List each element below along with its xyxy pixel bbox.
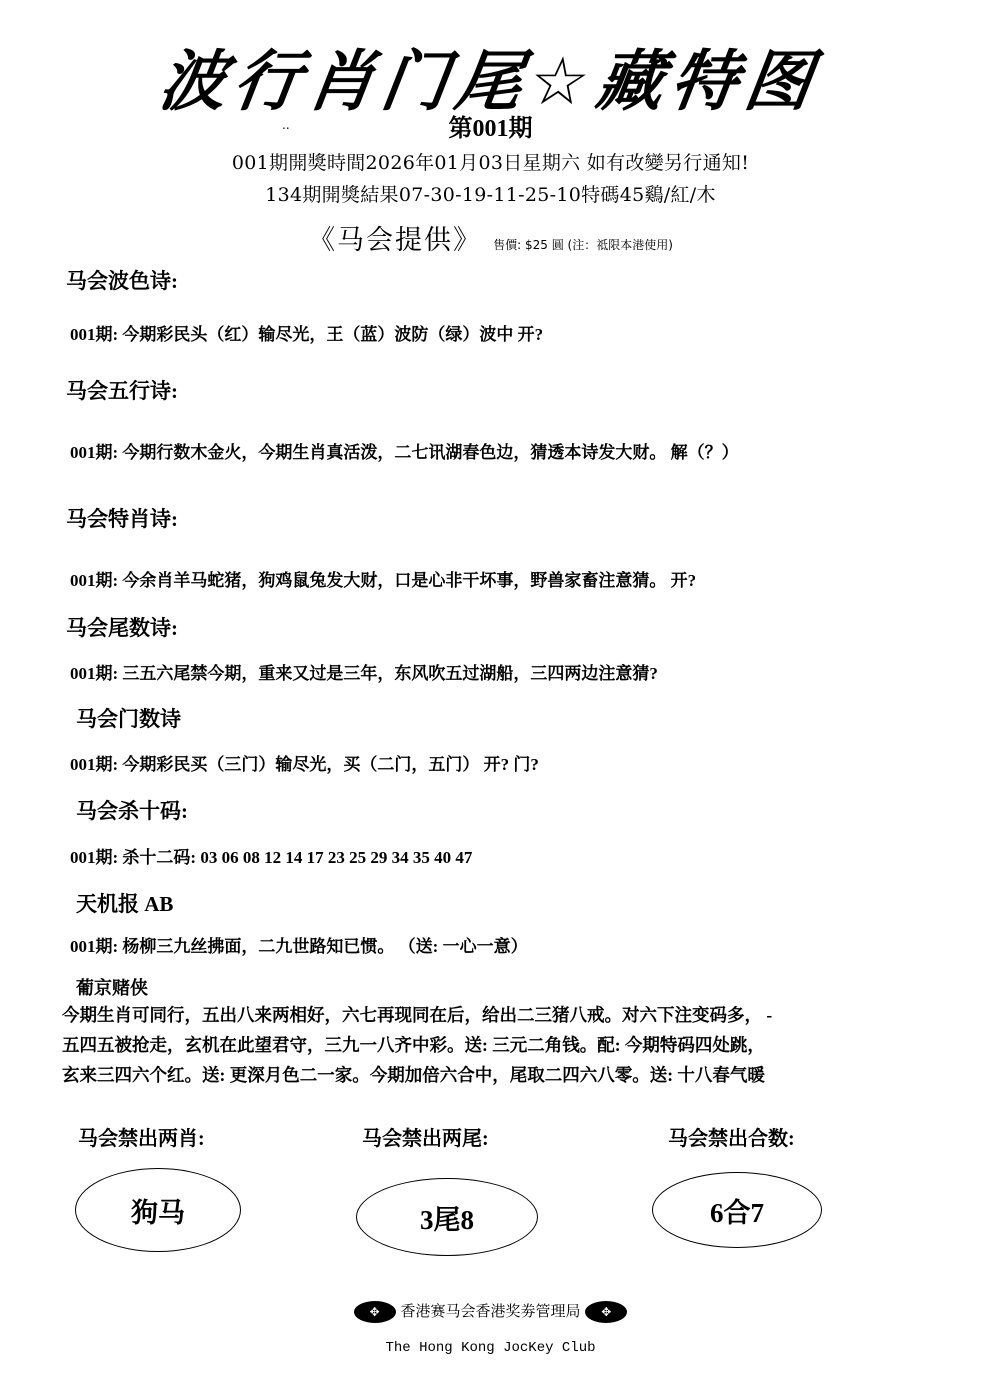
footer-chinese: ✥ 香港赛马会香港奖劵管理局 ✥ xyxy=(0,1300,981,1323)
gambler-heading: 葡京赌侠 xyxy=(76,974,148,1000)
footer-chinese-text: 香港赛马会香港奖劵管理局 xyxy=(400,1302,580,1320)
section-heading-wave-color: 马会波色诗: xyxy=(66,265,178,295)
ban-tail-label: 马会禁出两尾: xyxy=(362,1122,489,1151)
price-note: 售價: $25 圓 (注：祗限本港使用) xyxy=(493,238,673,252)
draw-time: 001期開獎時間2026年01月03日星期六 如有改變另行通知! xyxy=(0,148,981,175)
section-line-kill-ten: 001期: 杀十二码: 03 06 08 12 14 17 23 25 29 3… xyxy=(70,843,472,868)
section-heading-kill-ten: 马会杀十码: xyxy=(76,795,188,825)
jockey-club-emblem-icon: ✥ xyxy=(585,1301,627,1323)
section-line-wave-color: 001期: 今期彩民头（红）输尽光，王（蓝）波防（绿）波中 开? xyxy=(70,320,543,345)
section-heading-special-zodiac: 马会特肖诗: xyxy=(66,503,178,533)
ban-combo-oval: 6合7 xyxy=(652,1172,822,1248)
section-line-tianji: 001期: 杨柳三九丝拂面，二九世路知已惯。 （送: 一心一意） xyxy=(70,932,528,957)
section-heading-door-number: 马会门数诗 xyxy=(76,703,181,733)
gambler-line: 今期生肖可同行，五出八来两相好，六七再现同在后，给出二三猪八戒。对六下注变码多，… xyxy=(62,1000,922,1030)
last-result: 134期開獎結果07-30-19-11-25-10特碼45鷄/紅/木 xyxy=(0,180,981,207)
issue-number: 第001期 xyxy=(0,108,981,143)
gambler-paragraph: 今期生肖可同行，五出八来两相好，六七再现同在后，给出二三猪八戒。对六下注变码多，… xyxy=(62,1000,922,1090)
section-heading-five-elements: 马会五行诗: xyxy=(66,375,178,405)
gambler-line: 五四五被抢走，玄机在此望君守，三九一八齐中彩。送: 三元二角钱。配: 今期特码四… xyxy=(62,1030,922,1060)
ban-zodiac-label: 马会禁出两肖: xyxy=(78,1122,205,1151)
section-line-door-number: 001期: 今期彩民买（三门）输尽光，买（二门，五门） 开? 门? xyxy=(70,750,539,775)
ban-tail-oval: 3尾8 xyxy=(356,1178,538,1256)
provider-name: 《马会提供》 xyxy=(308,225,482,256)
provider-line: 《马会提供》 售價: $25 圓 (注：祗限本港使用) xyxy=(0,218,981,257)
section-line-five-elements: 001期: 今期行数木金火，今期生肖真活泼，二七讯湖春色边，猜透本诗发大财。 解… xyxy=(70,438,739,463)
footer-english: The Hong Kong JocKey Club xyxy=(0,1340,981,1356)
section-line-special-zodiac: 001期: 今余肖羊马蛇猪，狗鸡鼠兔发大财，口是心非干坏事，野兽家畜注意猜。 开… xyxy=(70,566,696,591)
section-heading-tianji: 天机报 AB xyxy=(76,888,173,918)
ban-zodiac-oval: 狗马 xyxy=(75,1168,241,1252)
section-line-tail-number: 001期: 三五六尾禁今期，重来又过是三年，东风吹五过湖船，三四两边注意猜? xyxy=(70,659,658,684)
ban-combo-label: 马会禁出合数: xyxy=(668,1122,795,1151)
gambler-line: 玄来三四六个红。送: 更深月色二一家。今期加倍六合中，尾取二四六八零。送: 十八… xyxy=(62,1060,922,1090)
section-heading-tail-number: 马会尾数诗: xyxy=(66,612,178,642)
jockey-club-emblem-icon: ✥ xyxy=(354,1301,396,1323)
